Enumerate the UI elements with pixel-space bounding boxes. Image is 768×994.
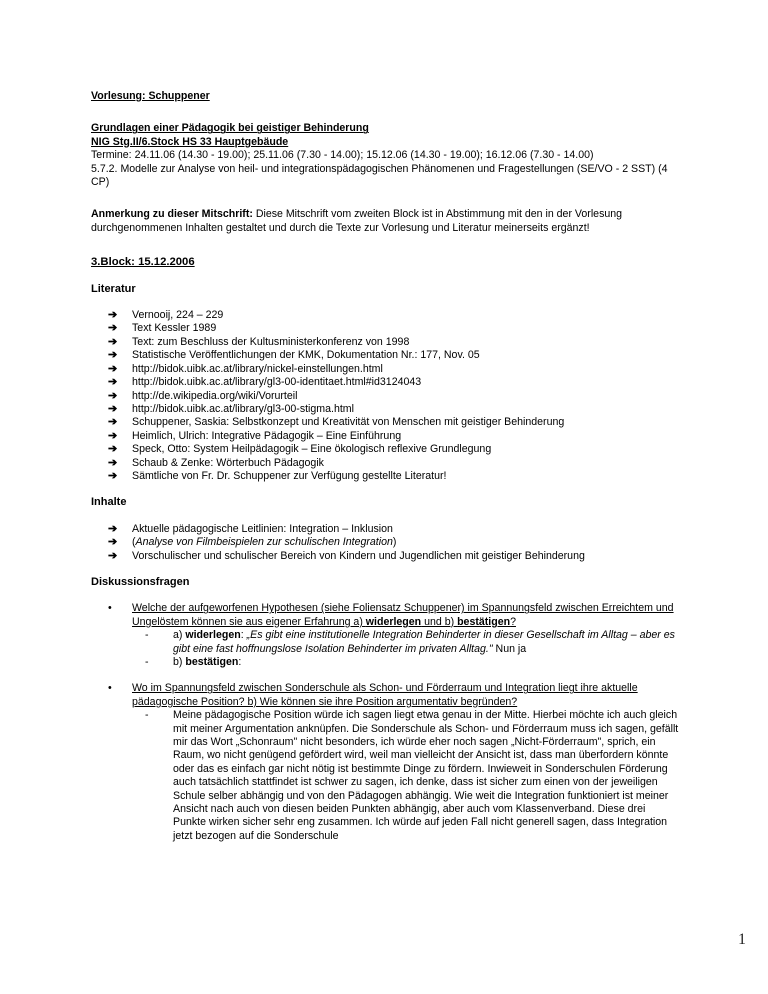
arrow-right-icon: ➔ xyxy=(108,550,117,563)
arrow-right-icon: ➔ xyxy=(108,336,117,349)
diskussion-heading: Diskussionsfragen xyxy=(91,576,679,589)
literatur-link[interactable]: ➔http://bidok.uibk.ac.at/library/nickel-… xyxy=(91,363,679,376)
arrow-right-icon: ➔ xyxy=(108,443,117,456)
question-text: Welche der aufgeworfenen Hypothesen (sie… xyxy=(132,602,679,629)
arrow-right-icon: ➔ xyxy=(108,536,117,549)
bullet-icon: • xyxy=(108,682,112,695)
arrow-right-icon: ➔ xyxy=(108,457,117,470)
question-item: • Wo im Spannungsfeld zwischen Sondersch… xyxy=(91,682,679,843)
answer-list: -Meine pädagogische Position würde ich s… xyxy=(132,709,679,843)
literatur-item: ➔Sämtliche von Fr. Dr. Schuppener zur Ve… xyxy=(91,470,679,483)
arrow-right-icon: ➔ xyxy=(108,470,117,483)
arrow-right-icon: ➔ xyxy=(108,523,117,536)
course-title: Grundlagen einer Pädagogik bei geistiger… xyxy=(91,122,679,135)
dash-icon: - xyxy=(145,656,149,669)
arrow-right-icon: ➔ xyxy=(108,349,117,362)
literatur-item: ➔Schuppener, Saskia: Selbstkonzept und K… xyxy=(91,416,679,429)
arrow-right-icon: ➔ xyxy=(108,430,117,443)
arrow-right-icon: ➔ xyxy=(108,416,117,429)
arrow-right-icon: ➔ xyxy=(108,376,117,389)
literatur-item: ➔Schaub & Zenke: Wörterbuch Pädagogik xyxy=(91,457,679,470)
course-dates: Termine: 24.11.06 (14.30 - 19.00); 25.11… xyxy=(91,149,679,162)
inhalte-heading: Inhalte xyxy=(91,496,679,509)
answer-item: -a) widerlegen: „Es gibt eine institutio… xyxy=(132,629,679,656)
note-label: Anmerkung zu dieser Mitschrift: xyxy=(91,208,253,220)
dash-icon: - xyxy=(145,629,149,642)
literatur-item: ➔Text: zum Beschluss der Kultusministerk… xyxy=(91,336,679,349)
dash-icon: - xyxy=(145,709,149,722)
document-page: Vorlesung: Schuppener Grundlagen einer P… xyxy=(91,90,679,843)
literatur-link[interactable]: ➔http://de.wikipedia.org/wiki/Vorurteil xyxy=(91,390,679,403)
literatur-item: ➔Speck, Otto: System Heilpädagogik – Ein… xyxy=(91,443,679,456)
inhalte-item: ➔Aktuelle pädagogische Leitlinien: Integ… xyxy=(91,523,679,536)
page-number: 1 xyxy=(738,933,746,946)
literatur-item: ➔Vernooij, 224 – 229 xyxy=(91,309,679,322)
arrow-right-icon: ➔ xyxy=(108,390,117,403)
spacer xyxy=(91,669,679,682)
answer-list: -a) widerlegen: „Es gibt eine institutio… xyxy=(132,629,679,669)
literatur-item: ➔Text Kessler 1989 xyxy=(91,322,679,335)
inhalte-item: ➔Vorschulischer und schulischer Bereich … xyxy=(91,550,679,563)
inhalte-item: ➔(Analyse von Filmbeispielen zur schulis… xyxy=(91,536,679,549)
answer-item: -b) bestätigen: xyxy=(132,656,679,669)
course-module: 5.7.2. Modelle zur Analyse von heil- und… xyxy=(91,163,679,190)
block-title: 3.Block: 15.12.2006 xyxy=(91,256,679,269)
lecture-title: Vorlesung: Schuppener xyxy=(91,90,679,103)
literatur-item: ➔Heimlich, Ulrich: Integrative Pädagogik… xyxy=(91,430,679,443)
arrow-right-icon: ➔ xyxy=(108,403,117,416)
literatur-heading: Literatur xyxy=(91,283,679,296)
arrow-right-icon: ➔ xyxy=(108,363,117,376)
literatur-list: ➔Vernooij, 224 – 229 ➔Text Kessler 1989 … xyxy=(91,309,679,483)
arrow-right-icon: ➔ xyxy=(108,322,117,335)
arrow-right-icon: ➔ xyxy=(108,309,117,322)
literatur-link[interactable]: ➔http://bidok.uibk.ac.at/library/gl3-00-… xyxy=(91,376,679,389)
literatur-link[interactable]: ➔http://bidok.uibk.ac.at/library/gl3-00-… xyxy=(91,403,679,416)
inhalte-list: ➔Aktuelle pädagogische Leitlinien: Integ… xyxy=(91,523,679,563)
question-text: Wo im Spannungsfeld zwischen Sonderschul… xyxy=(132,682,679,709)
transcript-note: Anmerkung zu dieser Mitschrift: Diese Mi… xyxy=(91,208,679,235)
answer-item: -Meine pädagogische Position würde ich s… xyxy=(132,709,679,843)
question-item: • Welche der aufgeworfenen Hypothesen (s… xyxy=(91,602,679,669)
discussion-questions: • Welche der aufgeworfenen Hypothesen (s… xyxy=(91,602,679,843)
course-location: NIG Stg.II/6.Stock HS 33 Hauptgebäude xyxy=(91,136,679,149)
literatur-item: ➔Statistische Veröffentlichungen der KMK… xyxy=(91,349,679,362)
bullet-icon: • xyxy=(108,602,112,615)
